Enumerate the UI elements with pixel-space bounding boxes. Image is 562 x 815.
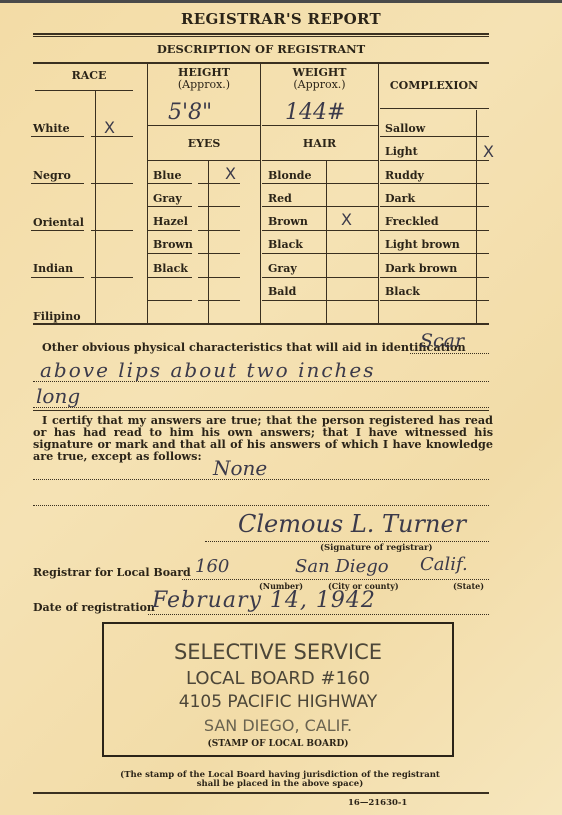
other-characteristics-label: Other obvious physical characteristics t…: [42, 341, 466, 353]
race-option-indian: Indian: [33, 262, 73, 275]
rule: [380, 160, 489, 161]
col-divider: [147, 63, 148, 323]
rule: [198, 230, 240, 231]
complexion-option-light-brown: Light brown: [385, 238, 460, 251]
page-title: REGISTRAR'S REPORT: [0, 10, 562, 28]
state-caption: (State): [453, 581, 484, 591]
rule: [380, 183, 489, 184]
race-option-white: White: [33, 122, 70, 135]
eyes-mark-divider: [208, 160, 209, 323]
rule: [31, 183, 84, 184]
complexion-option-sallow: Sallow: [385, 122, 425, 135]
complexion-option-dark-brown: Dark brown: [385, 262, 457, 275]
rule: [262, 125, 378, 126]
stamp-caption: (STAMP OF LOCAL BOARD): [104, 739, 452, 749]
signature-caption: (Signature of registrar): [320, 543, 433, 553]
fill-line: [182, 579, 489, 580]
complexion-mark-divider: [476, 110, 477, 323]
rule: [198, 277, 240, 278]
rule: [33, 410, 489, 411]
fill-line: [410, 353, 489, 354]
rule: [262, 206, 378, 207]
other-characteristics-line1: Scar: [420, 330, 464, 352]
form-number: 16—21630-1: [348, 798, 407, 808]
rule: [148, 277, 192, 278]
complexion-light-check: X: [483, 144, 494, 160]
weight-header: WEIGHT(Approx.): [261, 67, 378, 91]
height-header: HEIGHT(Approx.): [148, 67, 260, 91]
complexion-option-light: Light: [385, 145, 418, 158]
fill-line: [33, 381, 489, 382]
rule: [380, 253, 489, 254]
complexion-option-dark: Dark: [385, 192, 415, 205]
complexion-option-ruddy: Ruddy: [385, 169, 424, 182]
footer-rule: [33, 792, 489, 794]
hair-header: HAIR: [261, 138, 378, 150]
stamp-line-2: LOCAL BOARD #160: [104, 668, 452, 689]
rule: [262, 277, 378, 278]
fill-line: [148, 614, 489, 615]
rule: [31, 277, 84, 278]
local-board-number: 160: [195, 556, 229, 577]
rule: [198, 253, 240, 254]
local-board-state: Calif.: [420, 554, 468, 575]
race-option-filipino: Filipino: [33, 310, 81, 323]
certification-text: I certify that my answers are true; that…: [33, 414, 493, 462]
rule: [380, 206, 489, 207]
rule: [198, 300, 240, 301]
rule: [262, 253, 378, 254]
rule: [148, 230, 192, 231]
rule: [148, 160, 260, 161]
rule: [91, 183, 133, 184]
weight-sublabel: (Approx.): [293, 78, 345, 91]
exceptions-value: None: [213, 456, 267, 480]
stamp-line-1: SELECTIVE SERVICE: [104, 640, 452, 664]
eyes-option-hazel: Hazel: [153, 215, 188, 228]
rule: [91, 136, 133, 137]
rule: [91, 277, 133, 278]
hair-option-brown: Brown: [268, 215, 308, 228]
rule: [380, 300, 489, 301]
title-divider: [33, 33, 489, 37]
registrar-signature: Clemous L. Turner: [238, 510, 466, 538]
rule: [448, 136, 489, 137]
rule: [148, 206, 192, 207]
date-of-registration-value: February 14, 1942: [152, 588, 376, 613]
fill-line: [33, 407, 489, 408]
rule: [198, 206, 240, 207]
complexion-option-freckled: Freckled: [385, 215, 439, 228]
rule: [380, 108, 489, 109]
eyes-option-gray: Gray: [153, 192, 182, 205]
rule: [262, 160, 378, 161]
local-board-city: San Diego: [295, 556, 389, 577]
registrars-report-card: REGISTRAR'S REPORT DESCRIPTION OF REGIST…: [0, 0, 562, 815]
rule: [262, 300, 378, 301]
rule: [31, 230, 84, 231]
height-value: 5'8": [168, 100, 212, 125]
rule: [380, 230, 489, 231]
race-option-oriental: Oriental: [33, 216, 84, 229]
complexion-header: COMPLEXION: [379, 80, 489, 92]
rule: [31, 136, 84, 137]
col-divider: [260, 63, 261, 323]
eyes-option-brown: Brown: [153, 238, 193, 251]
fill-line: [205, 541, 489, 542]
rule: [148, 125, 260, 126]
eyes-blue-check: X: [225, 166, 236, 182]
height-sublabel: (Approx.): [178, 78, 230, 91]
stamp-line-4: SAN DIEGO, CALIF.: [104, 716, 452, 735]
fill-line: [33, 479, 489, 480]
table-bottom-rule: [33, 323, 489, 325]
hair-option-blonde: Blonde: [268, 169, 312, 182]
hair-brown-check: X: [341, 212, 352, 228]
local-board-stamp-box: SELECTIVE SERVICE LOCAL BOARD #160 4105 …: [102, 622, 454, 757]
date-of-registration-label: Date of registration: [33, 601, 155, 614]
rule: [262, 230, 378, 231]
table-top-rule: [33, 62, 489, 64]
hair-option-bald: Bald: [268, 285, 296, 298]
local-board-label: Registrar for Local Board: [33, 566, 191, 579]
eyes-option-black: Black: [153, 262, 188, 275]
race-mark-divider: [95, 90, 96, 323]
rule: [148, 253, 192, 254]
rule: [380, 277, 489, 278]
weight-value: 144#: [285, 100, 345, 125]
rule: [91, 230, 133, 231]
rule: [35, 90, 133, 91]
stamp-note-line-2: shall be placed in the above space): [80, 780, 480, 789]
rule: [148, 300, 192, 301]
race-white-check: X: [104, 120, 115, 136]
top-border: [0, 0, 562, 3]
race-option-negro: Negro: [33, 169, 71, 182]
hair-option-black: Black: [268, 238, 303, 251]
hair-option-gray: Gray: [268, 262, 297, 275]
race-header: RACE: [33, 70, 145, 82]
col-divider: [378, 63, 379, 323]
stamp-line-3: 4105 PACIFIC HIGHWAY: [104, 692, 452, 712]
hair-mark-divider: [326, 160, 327, 323]
section-subtitle: DESCRIPTION OF REGISTRANT: [33, 42, 489, 56]
other-characteristics-line2: above lips about two inches: [40, 358, 376, 382]
eyes-option-blue: Blue: [153, 169, 181, 182]
hair-option-red: Red: [268, 192, 292, 205]
rule: [306, 183, 378, 184]
complexion-option-black: Black: [385, 285, 420, 298]
rule: [148, 183, 192, 184]
rule: [198, 183, 240, 184]
fill-line: [33, 505, 489, 506]
eyes-header: EYES: [148, 138, 260, 150]
other-characteristics-line3: long: [36, 384, 80, 408]
